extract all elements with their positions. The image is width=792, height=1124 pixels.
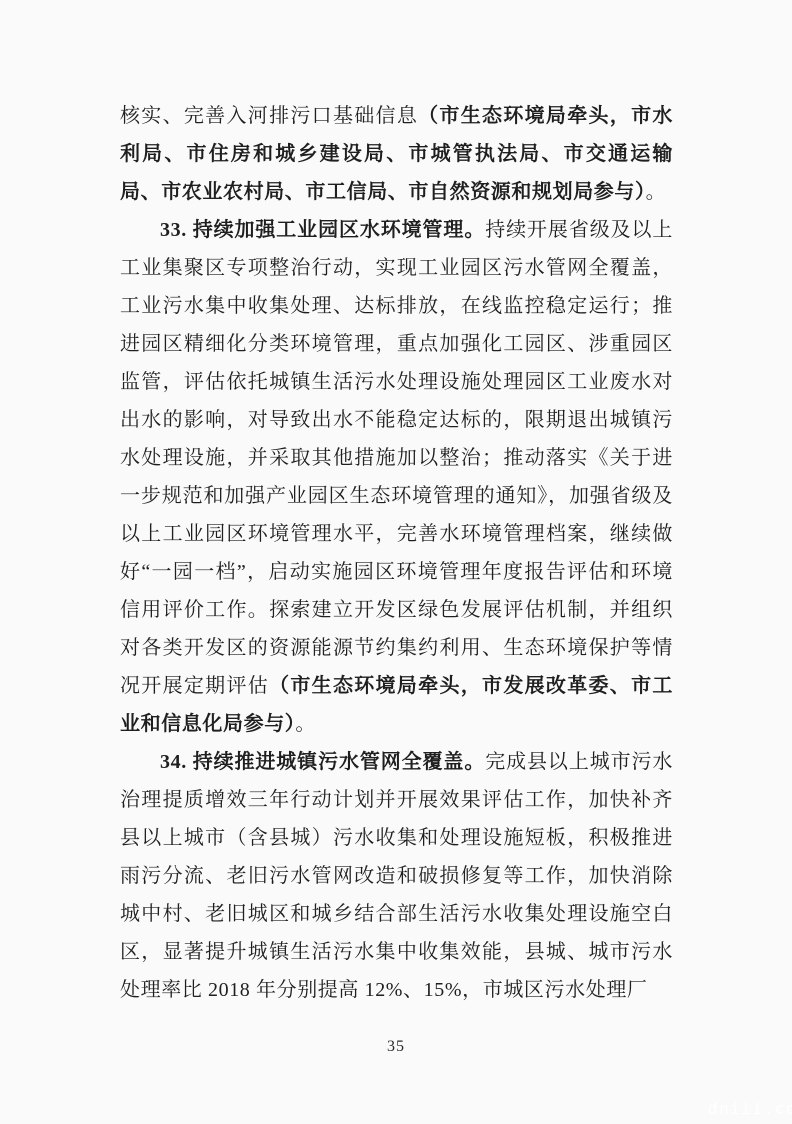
text-segment: 。 — [646, 181, 667, 203]
document-page: 核实、完善入河排污口基础信息（市生态环境局牵头，市水利局、市住房和城乡建设局、市… — [0, 0, 792, 1124]
text-segment: 33. 持续加强工业园区水环境管理。 — [160, 219, 485, 241]
page-number: 35 — [387, 1038, 405, 1055]
text-segment: 。 — [295, 713, 316, 735]
text-segment: 持续开展省级及以上工业集聚区专项整治行动，实现工业园区污水管网全覆盖，工业污水集… — [120, 219, 673, 697]
text-segment: 34. 持续推进城镇污水管网全覆盖。 — [160, 751, 485, 773]
text-segment: 核实、完善入河排污口基础信息 — [120, 105, 418, 127]
paragraph-33: 33. 持续加强工业园区水环境管理。持续开展省级及以上工业集聚区专项整治行动，实… — [120, 211, 673, 743]
watermark-text: dniii.co — [708, 1099, 792, 1118]
paragraph-32-continuation: 核实、完善入河排污口基础信息（市生态环境局牵头，市水利局、市住房和城乡建设局、市… — [120, 97, 673, 211]
document-body: 核实、完善入河排污口基础信息（市生态环境局牵头，市水利局、市住房和城乡建设局、市… — [120, 97, 673, 1009]
text-segment: 完成县以上城市污水治理提质增效三年行动计划并开展效果评估工作，加快补齐县以上城市… — [120, 751, 673, 1001]
paragraph-34: 34. 持续推进城镇污水管网全覆盖。完成县以上城市污水治理提质增效三年行动计划并… — [120, 743, 673, 1009]
page-footer: 35 — [0, 1038, 792, 1056]
